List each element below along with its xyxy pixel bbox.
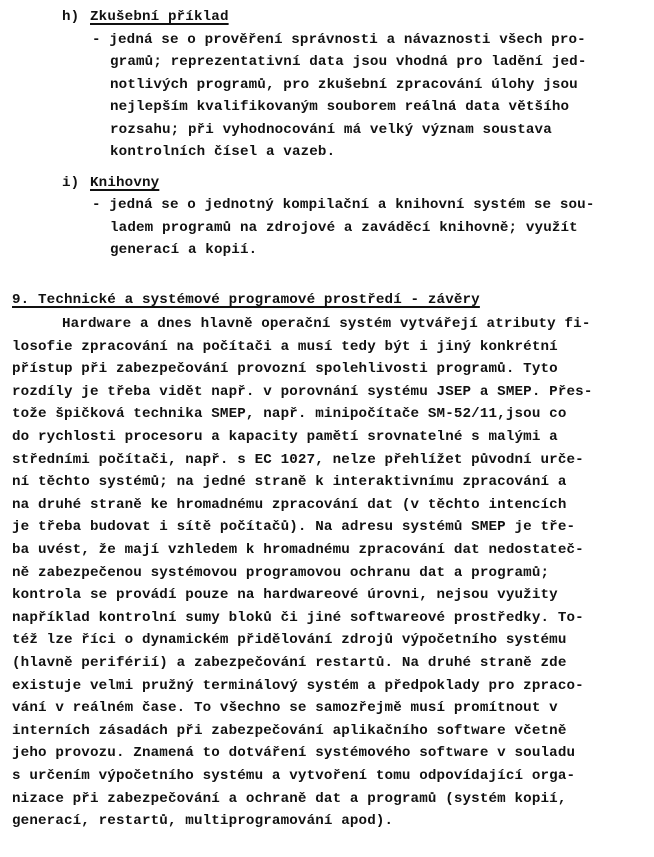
paragraph-line: existuje velmi pružný terminálový systém… [12, 677, 584, 695]
paragraph-line: ba uvést, že mají vzhledem k hromadnému … [12, 541, 584, 559]
paragraph-line: Hardware a dnes hlavně operační systém v… [62, 315, 591, 333]
paragraph-line: rozdíly je třeba vidět např. v porovnání… [12, 383, 592, 401]
paragraph-line: losofie zpracování na počítači a musí te… [12, 338, 558, 356]
list-item-text: rozsahu; při vyhodnocování má velký význ… [110, 121, 552, 139]
paragraph-line: například kontrolní sumy bloků či jiné s… [12, 609, 584, 627]
list-item-text: generací a kopií. [110, 241, 257, 259]
paragraph-line: tože špičková technika SMEP, např. minip… [12, 405, 567, 423]
list-item-text: notlivých programů, pro zkušební zpracov… [110, 76, 578, 94]
list-item-text: - jedná se o jednotný kompilační a kniho… [92, 196, 595, 214]
paragraph-line: je třeba budovat i sítě počítačů). Na ad… [12, 518, 575, 536]
paragraph-line: na druhé straně ke hromadnému zpracování… [12, 496, 567, 514]
paragraph-line: s určením výpočetního systému a vytvořen… [12, 767, 575, 785]
paragraph-line: ně zabezpečenou systémovou programovou o… [12, 564, 549, 582]
list-item-marker: i) [62, 174, 79, 192]
list-item-text: kontrolních čísel a vazeb. [110, 143, 335, 161]
list-item-text: - jedná se o prověření správnosti a náva… [92, 31, 586, 49]
paragraph-line: (hlavně periférií) a zabezpečování resta… [12, 654, 567, 672]
paragraph-line: též lze říci o dynamickém přidělování zd… [12, 631, 567, 649]
list-item-text: nejlepším kvalifikovaným souborem reálná… [110, 98, 569, 116]
list-item-text: gramů; reprezentativní data jsou vhodná … [110, 53, 587, 71]
paragraph-line: ní těchto systémů; na jedné straně k int… [12, 473, 567, 491]
paragraph-line: kontrola se provádí pouze na hardwareové… [12, 586, 558, 604]
list-item-text: ladem programů na zdrojové a zaváděcí kn… [110, 219, 578, 237]
paragraph-line: středními počítači, např. s EC 1027, nel… [12, 451, 584, 469]
paragraph-line: nizace při zabezpečování a ochraně dat a… [12, 790, 567, 808]
paragraph-line: do rychlosti procesoru a kapacity pamětí… [12, 428, 558, 446]
paragraph-line: přístup při zabezpečování provozní spole… [12, 360, 558, 378]
list-item-marker: h) [62, 8, 79, 26]
paragraph-line: generací, restartů, multiprogramování ap… [12, 812, 393, 830]
paragraph-line: jeho provozu. Znamená to dotváření systé… [12, 744, 575, 762]
section-heading: 9. Technické a systémové programové pros… [12, 291, 480, 309]
paragraph-line: vání v reálném čase. To všechno se samoz… [12, 699, 558, 717]
list-item-title: Knihovny [90, 174, 159, 192]
list-item-title: Zkušební příklad [90, 8, 229, 26]
paragraph-line: interních zásadách při zabezpečování apl… [12, 722, 567, 740]
